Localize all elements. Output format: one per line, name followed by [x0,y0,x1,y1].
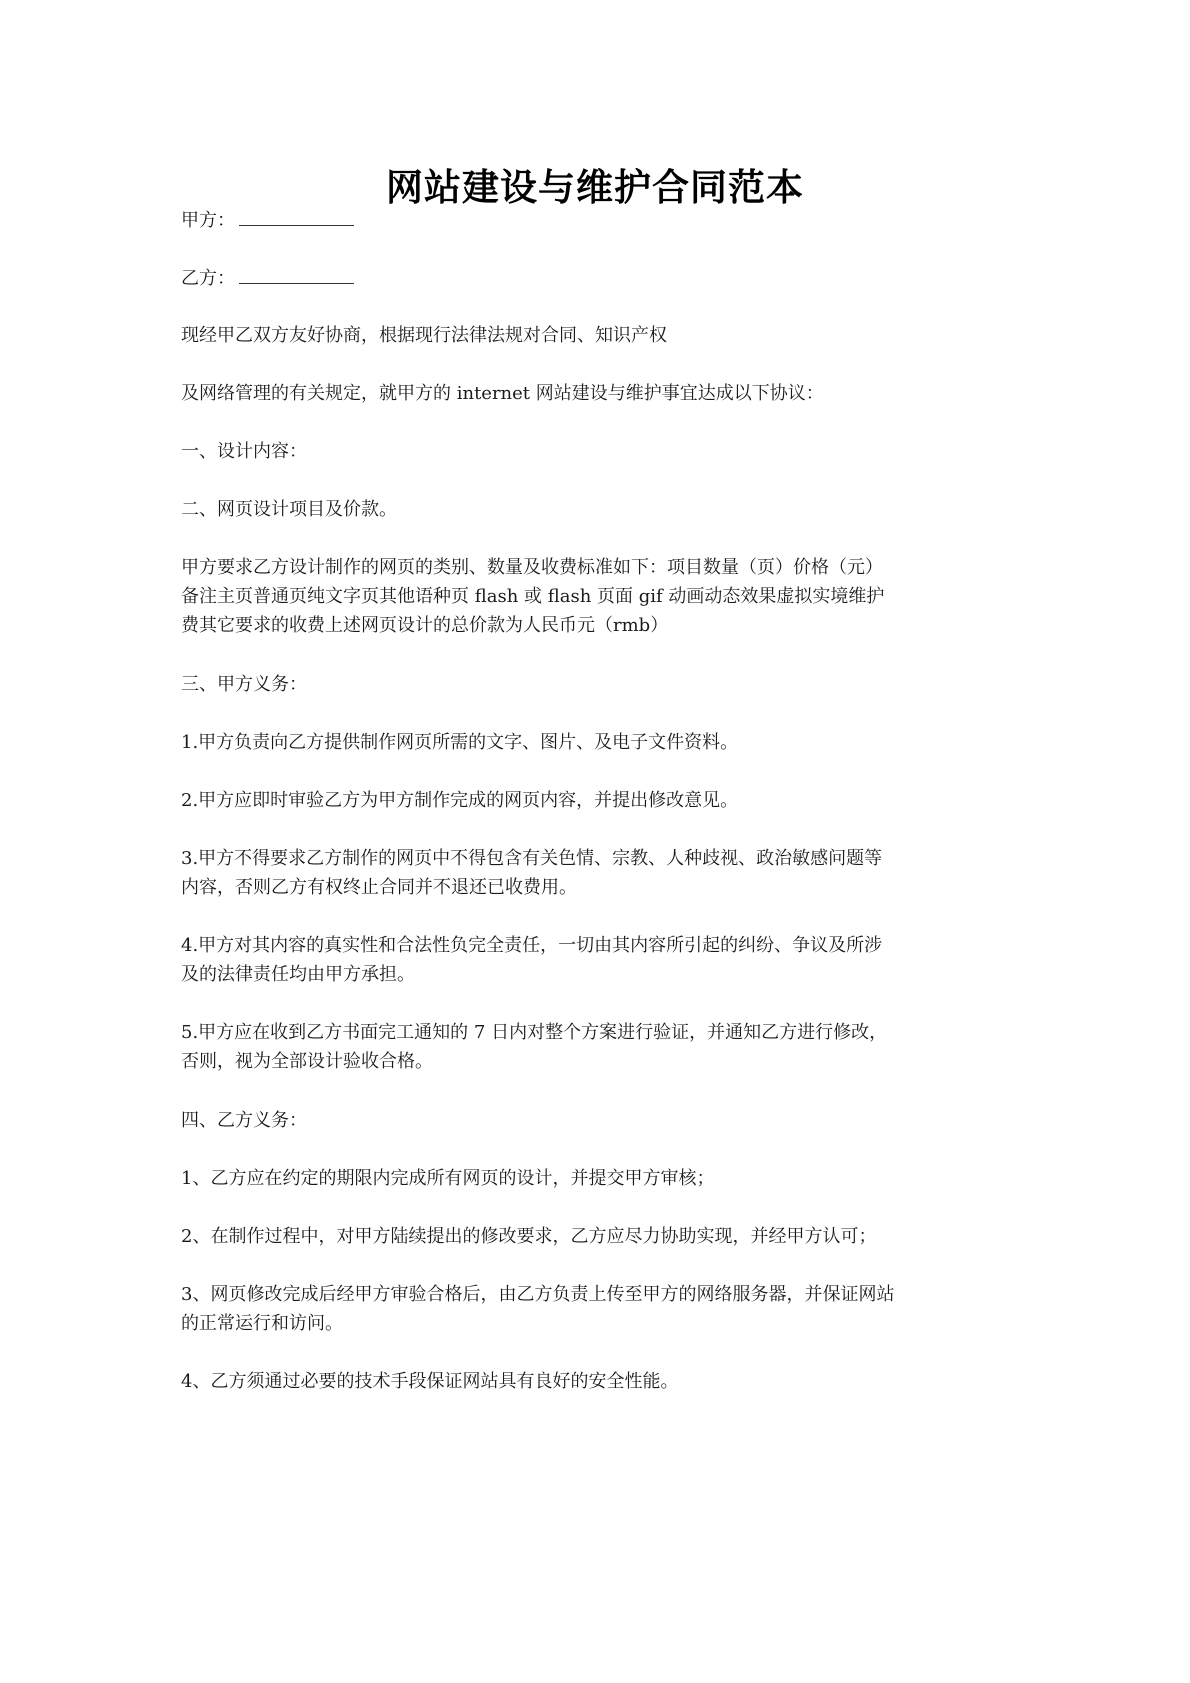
section-4-item-1: 1、乙方应在约定的期限内完成所有网页的设计，并提交甲方审核； [181,1164,1021,1193]
section-3-item-3-line: 内容，否则乙方有权终止合同并不退还已收费用。 [181,873,1021,902]
party-a-label: 甲方： [181,210,235,231]
section-3-item-4-line: 4.甲方对其内容的真实性和合法性负完全责任，一切由其内容所引起的纠纷、争议及所涉 [181,931,1021,960]
party-b-label: 乙方： [181,268,235,289]
section-2-body-line: 甲方要求乙方设计制作的网页的类别、数量及收费标准如下：项目数量（页）价格（元） [181,553,1021,582]
section-4-item-2: 2、在制作过程中，对甲方陆续提出的修改要求，乙方应尽力协助实现，并经甲方认可； [181,1222,1021,1251]
party-b-line: 乙方： [181,264,1021,293]
section-3-heading: 三、甲方义务： [181,670,1021,699]
section-4-item-3: 3、网页修改完成后经甲方审验合格后，由乙方负责上传至甲方的网络服务器，并保证网站… [181,1280,1021,1338]
document-page: 网站建设与维护合同范本 甲方： 乙方： 现经甲乙双方友好协商，根据现行法律法规对… [0,0,1190,1683]
intro-line-1: 现经甲乙双方友好协商，根据现行法律法规对合同、知识产权 [181,321,1021,350]
section-3-item-3: 3.甲方不得要求乙方制作的网页中不得包含有关色情、宗教、人种歧视、政治敏感问题等… [181,844,1021,902]
section-2-body-line: 费其它要求的收费上述网页设计的总价款为人民币元（rmb） [181,611,1021,640]
section-4-heading: 四、乙方义务： [181,1106,1021,1135]
section-3-item-5-line: 否则，视为全部设计验收合格。 [181,1047,1021,1076]
section-2-heading: 二、网页设计项目及价款。 [181,495,1021,524]
section-2-body: 甲方要求乙方设计制作的网页的类别、数量及收费标准如下：项目数量（页）价格（元） … [181,553,1021,640]
party-b-blank [239,265,354,284]
section-2-body-line: 备注主页普通页纯文字页其他语种页 flash 或 flash 页面 gif 动画… [181,582,1021,611]
section-4-item-3-line: 3、网页修改完成后经甲方审验合格后，由乙方负责上传至甲方的网络服务器，并保证网站 [181,1280,1021,1309]
document-title: 网站建设与维护合同范本 [0,166,1190,210]
section-3-item-1: 1.甲方负责向乙方提供制作网页所需的文字、图片、及电子文件资料。 [181,728,1021,757]
party-a-blank [239,207,354,226]
section-3-item-3-line: 3.甲方不得要求乙方制作的网页中不得包含有关色情、宗教、人种歧视、政治敏感问题等 [181,844,1021,873]
section-1-heading: 一、设计内容： [181,437,1021,466]
section-3-item-4-line: 及的法律责任均由甲方承担。 [181,960,1021,989]
intro-line-2: 及网络管理的有关规定，就甲方的 internet 网站建设与维护事宜达成以下协议… [181,379,1021,408]
section-4-item-3-line: 的正常运行和访问。 [181,1309,1021,1338]
party-a-line: 甲方： [181,206,1021,235]
section-3-item-4: 4.甲方对其内容的真实性和合法性负完全责任，一切由其内容所引起的纠纷、争议及所涉… [181,931,1021,989]
section-3-item-2: 2.甲方应即时审验乙方为甲方制作完成的网页内容，并提出修改意见。 [181,786,1021,815]
section-3-item-5: 5.甲方应在收到乙方书面完工通知的 7 日内对整个方案进行验证，并通知乙方进行修… [181,1018,1021,1076]
section-4-item-4: 4、乙方须通过必要的技术手段保证网站具有良好的安全性能。 [181,1367,1021,1396]
section-3-item-5-line: 5.甲方应在收到乙方书面完工通知的 7 日内对整个方案进行验证，并通知乙方进行修… [181,1018,1021,1047]
